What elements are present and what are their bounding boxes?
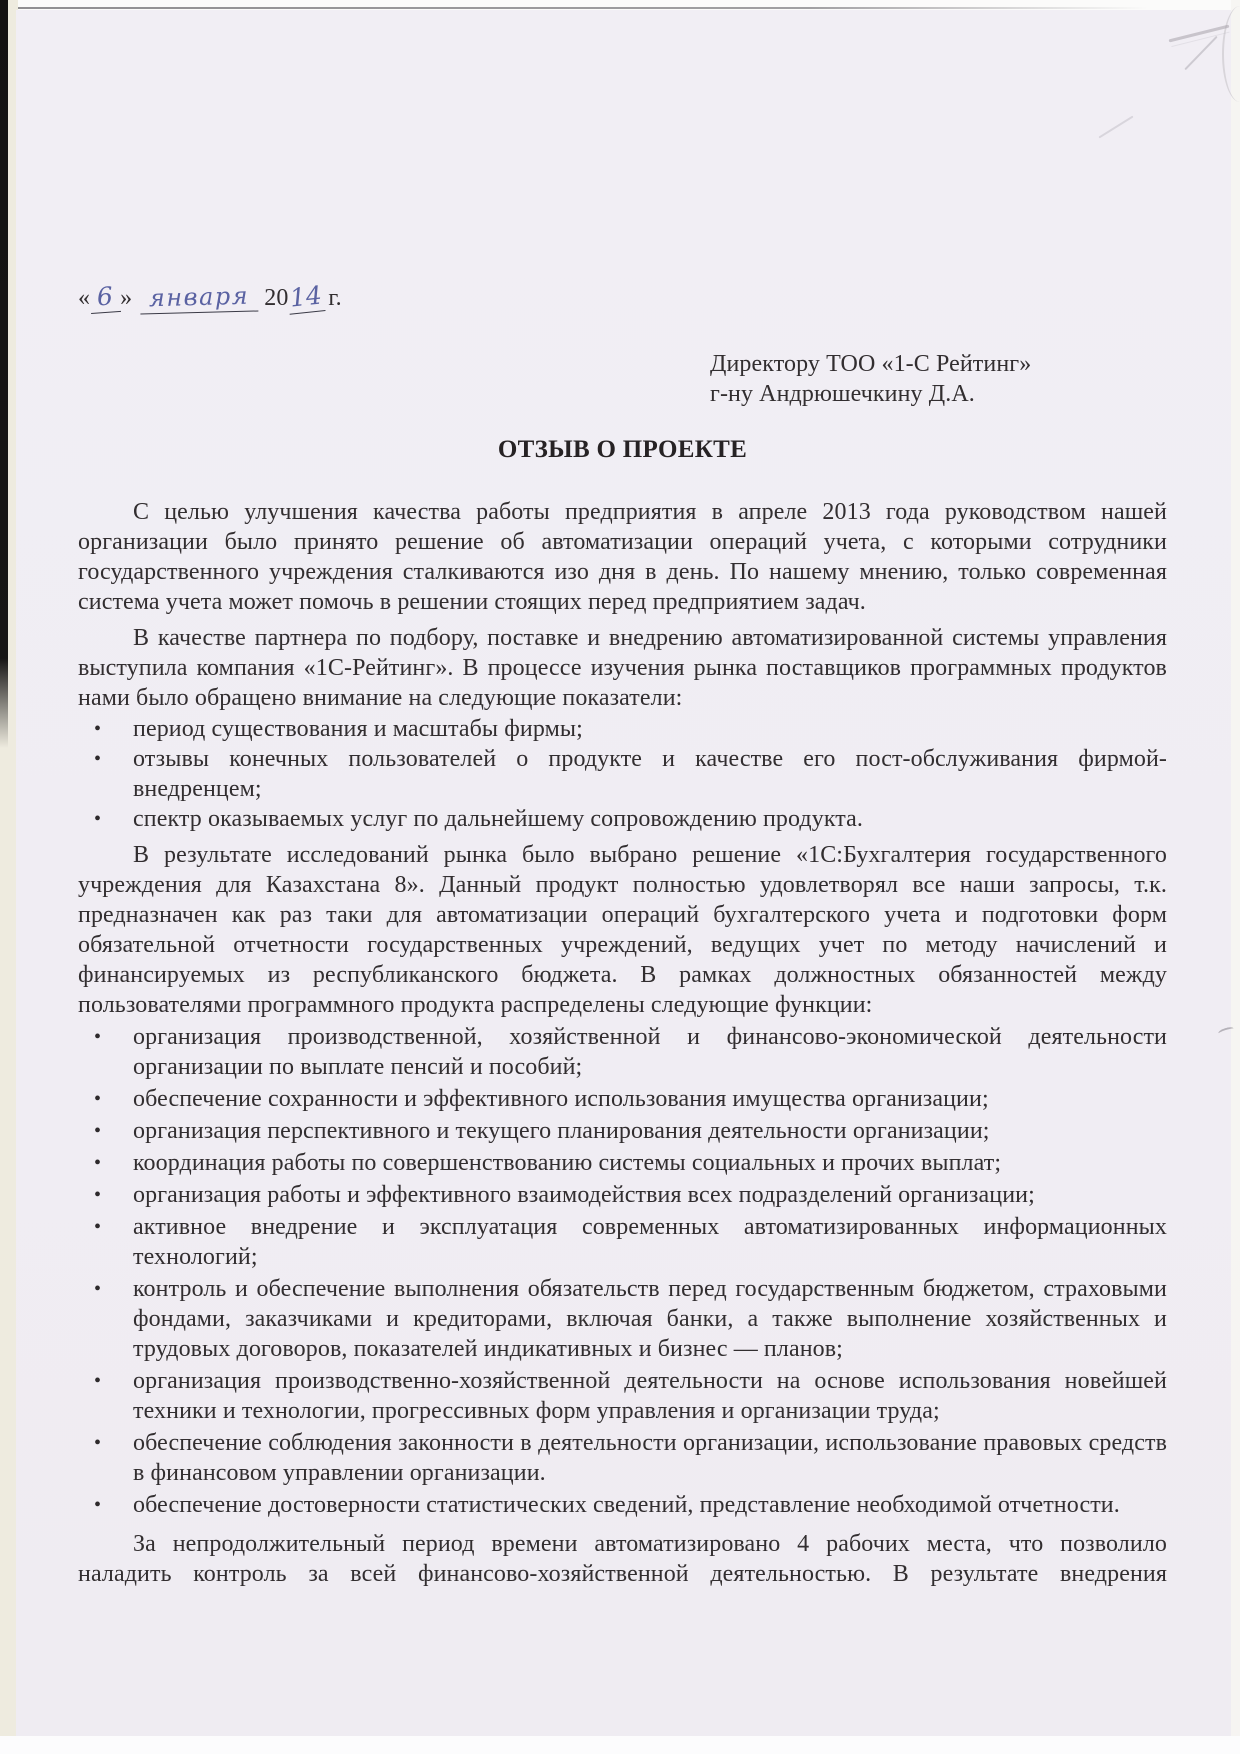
list-item-text: обеспечение соблюдения законности в деят… (133, 1430, 1167, 1486)
paragraph-partner: В качестве партнера по подбору, поставке… (78, 623, 1167, 713)
date-close-quote: » (120, 285, 132, 311)
addressee-block: Директору ТОО «1-С Рейтинг» г-ну Андрюше… (710, 349, 1167, 409)
list-item-text: координация работы по совершенствованию … (133, 1150, 1001, 1176)
document-title: ОТЗЫВ О ПРОЕКТЕ (78, 435, 1167, 465)
list-item: • обеспечение достоверности статистическ… (78, 1490, 1167, 1520)
date-open-quote: « (78, 285, 90, 311)
date-century: 20 (264, 285, 288, 311)
addressee-line-1: Директору ТОО «1-С Рейтинг» (710, 349, 1167, 379)
list-item: • активное внедрение и эксплуатация совр… (78, 1212, 1167, 1272)
list-item: • обеспечение соблюдения законности в де… (78, 1428, 1167, 1488)
document-content: «6»января2014г. Директору ТОО «1-С Рейти… (0, 10, 1240, 1589)
list-item: • контроль и обеспечение выполнения обяз… (78, 1274, 1167, 1364)
date-line: «6»января2014г. (78, 282, 1167, 313)
bullet-dot-icon: • (94, 804, 101, 834)
paragraph-result: В результате исследований рынка было выб… (78, 840, 1167, 1020)
scan-page: «6»января2014г. Директору ТОО «1-С Рейти… (0, 0, 1240, 1754)
list-item: • период существования и масштабы фирмы; (78, 714, 1167, 744)
list-item: • обеспечение сохранности и эффективного… (78, 1084, 1167, 1114)
list-item-text: организация производственно-хозяйственно… (133, 1368, 1167, 1424)
list-item-text: контроль и обеспечение выполнения обязат… (133, 1276, 1167, 1362)
list-item-text: активное внедрение и эксплуатация соврем… (133, 1214, 1167, 1270)
list-item: • отзывы конечных пользователей о продук… (78, 744, 1167, 804)
scanner-bed-bottom (0, 1736, 1240, 1754)
bullet-dot-icon: • (94, 1022, 101, 1052)
bullet-dot-icon: • (94, 1084, 101, 1114)
bullet-dot-icon: • (94, 1180, 101, 1210)
addressee-line-2: г-ну Андрюшечкину Д.А. (710, 379, 1167, 409)
list-item-text: спектр оказываемых услуг по дальнейшему … (133, 806, 863, 832)
paragraph-summary: За непродолжительный период времени авто… (78, 1529, 1167, 1589)
list-item-text: организация работы и эффективного взаимо… (133, 1182, 1035, 1208)
bullet-dot-icon: • (94, 1366, 101, 1396)
date-era-suffix: г. (328, 285, 341, 311)
list-item-text: организация производственной, хозяйствен… (133, 1024, 1167, 1080)
list-item: • организация перспективного и текущего … (78, 1116, 1167, 1146)
criteria-list: • период существования и масштабы фирмы;… (78, 714, 1167, 834)
date-year-handwritten: 14 (287, 280, 326, 315)
list-item: • спектр оказываемых услуг по дальнейшем… (78, 804, 1167, 834)
bullet-dot-icon: • (94, 714, 101, 744)
bullet-dot-icon: • (94, 1490, 101, 1520)
bullet-dot-icon: • (94, 1148, 101, 1178)
list-item-text: период существования и масштабы фирмы; (133, 716, 583, 742)
list-item-text: обеспечение достоверности статистических… (133, 1492, 1120, 1518)
bullet-dot-icon: • (94, 1274, 101, 1304)
date-month-handwritten: января (140, 280, 259, 314)
list-item-text: обеспечение сохранности и эффективного и… (133, 1086, 989, 1112)
list-item: • организация производственно-хозяйствен… (78, 1366, 1167, 1426)
bullet-dot-icon: • (94, 744, 101, 774)
list-item: • организация работы и эффективного взаи… (78, 1180, 1167, 1210)
functions-list: • организация производственной, хозяйств… (78, 1022, 1167, 1520)
scan-line-artifact (18, 7, 1148, 9)
date-day-handwritten: 6 (89, 281, 121, 314)
bullet-dot-icon: • (94, 1428, 101, 1458)
bullet-dot-icon: • (94, 1116, 101, 1146)
paragraph-intro: С целью улучшения качества работы предпр… (78, 497, 1167, 617)
list-item-text: организация перспективного и текущего пл… (133, 1118, 990, 1144)
list-item: • координация работы по совершенствовани… (78, 1148, 1167, 1178)
list-item: • организация производственной, хозяйств… (78, 1022, 1167, 1082)
list-item-text: отзывы конечных пользователей о продукте… (133, 746, 1167, 802)
bullet-dot-icon: • (94, 1212, 101, 1242)
